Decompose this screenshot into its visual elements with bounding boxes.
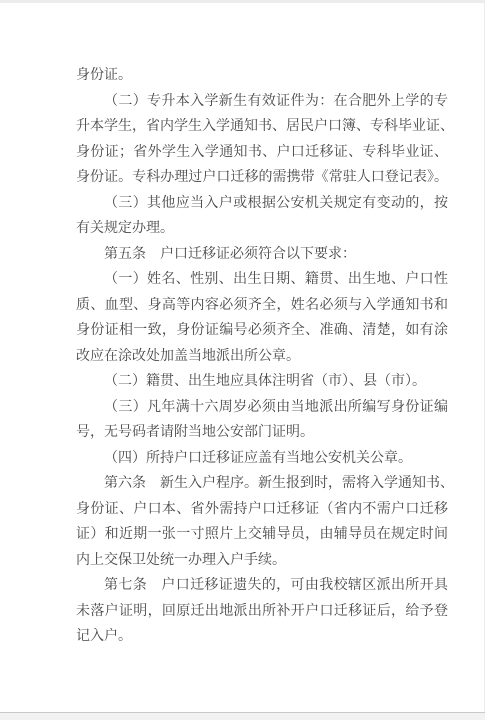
text-line: 身份证、户口本、省外需持户口迁移证（省内不需户口迁移 bbox=[76, 497, 448, 523]
text-line: （三）凡年满十六周岁必须由当地派出所编写身份证编 bbox=[76, 395, 448, 421]
text-line: （二）籍贯、出生地应具体注明省（市）、县（市）。 bbox=[76, 369, 448, 395]
text-line: 身份证。 bbox=[76, 63, 448, 89]
text-line: 身份证相一致，身份证编号必须齐全、准确、清楚，如有涂 bbox=[76, 318, 448, 344]
text-line: 身份证。专科办理过户口迁移的需携带《常驻人口登记表》。 bbox=[76, 165, 448, 191]
text-line: 身份证；省外学生入学通知书、户口迁移证、专科毕业证、 bbox=[76, 140, 448, 166]
text-line: 未落户证明，回原迁出地派出所补开户口迁移证后，给予登 bbox=[76, 599, 448, 625]
text-line: 记入户。 bbox=[76, 624, 448, 650]
text-line: 质、血型、身高等内容必须齐全，姓名必须与入学通知书和 bbox=[76, 293, 448, 319]
text-line: 第六条 新生入户程序。新生报到时，需将入学通知书、 bbox=[76, 471, 448, 497]
document-viewport: 身份证。（二）专升本入学新生有效证件为：在合肥外上学的专升本学生，省内学生入学通… bbox=[0, 0, 485, 720]
text-line: 第五条 户口迁移证必须符合以下要求： bbox=[76, 242, 448, 268]
text-line: 改应在涂改处加盖当地派出所公章。 bbox=[76, 344, 448, 370]
document-page[interactable]: 身份证。（二）专升本入学新生有效证件为：在合肥外上学的专升本学生，省内学生入学通… bbox=[0, 3, 485, 712]
text-line: （二）专升本入学新生有效证件为：在合肥外上学的专 bbox=[76, 89, 448, 115]
text-line: 有关规定办理。 bbox=[76, 216, 448, 242]
text-line: 升本学生，省内学生入学通知书、居民户口簿、专科毕业证、 bbox=[76, 114, 448, 140]
text-line: 号，无号码者请附当地公安部门证明。 bbox=[76, 420, 448, 446]
text-line: 第七条 户口迁移证遗失的，可由我校辖区派出所开具 bbox=[76, 573, 448, 599]
text-line: 内上交保卫处统一办理入户手续。 bbox=[76, 548, 448, 574]
document-text-block: 身份证。（二）专升本入学新生有效证件为：在合肥外上学的专升本学生，省内学生入学通… bbox=[76, 63, 448, 650]
page-gap-bottom bbox=[0, 712, 485, 720]
text-line: （一）姓名、性别、出生日期、籍贯、出生地、户口性 bbox=[76, 267, 448, 293]
text-line: （四）所持户口迁移证应盖有当地公安机关公章。 bbox=[76, 446, 448, 472]
text-line: 证）和近期一张一寸照片上交辅导员，由辅导员在规定时间 bbox=[76, 522, 448, 548]
text-line: （三）其他应当入户或根据公安机关规定有变动的，按 bbox=[76, 191, 448, 217]
